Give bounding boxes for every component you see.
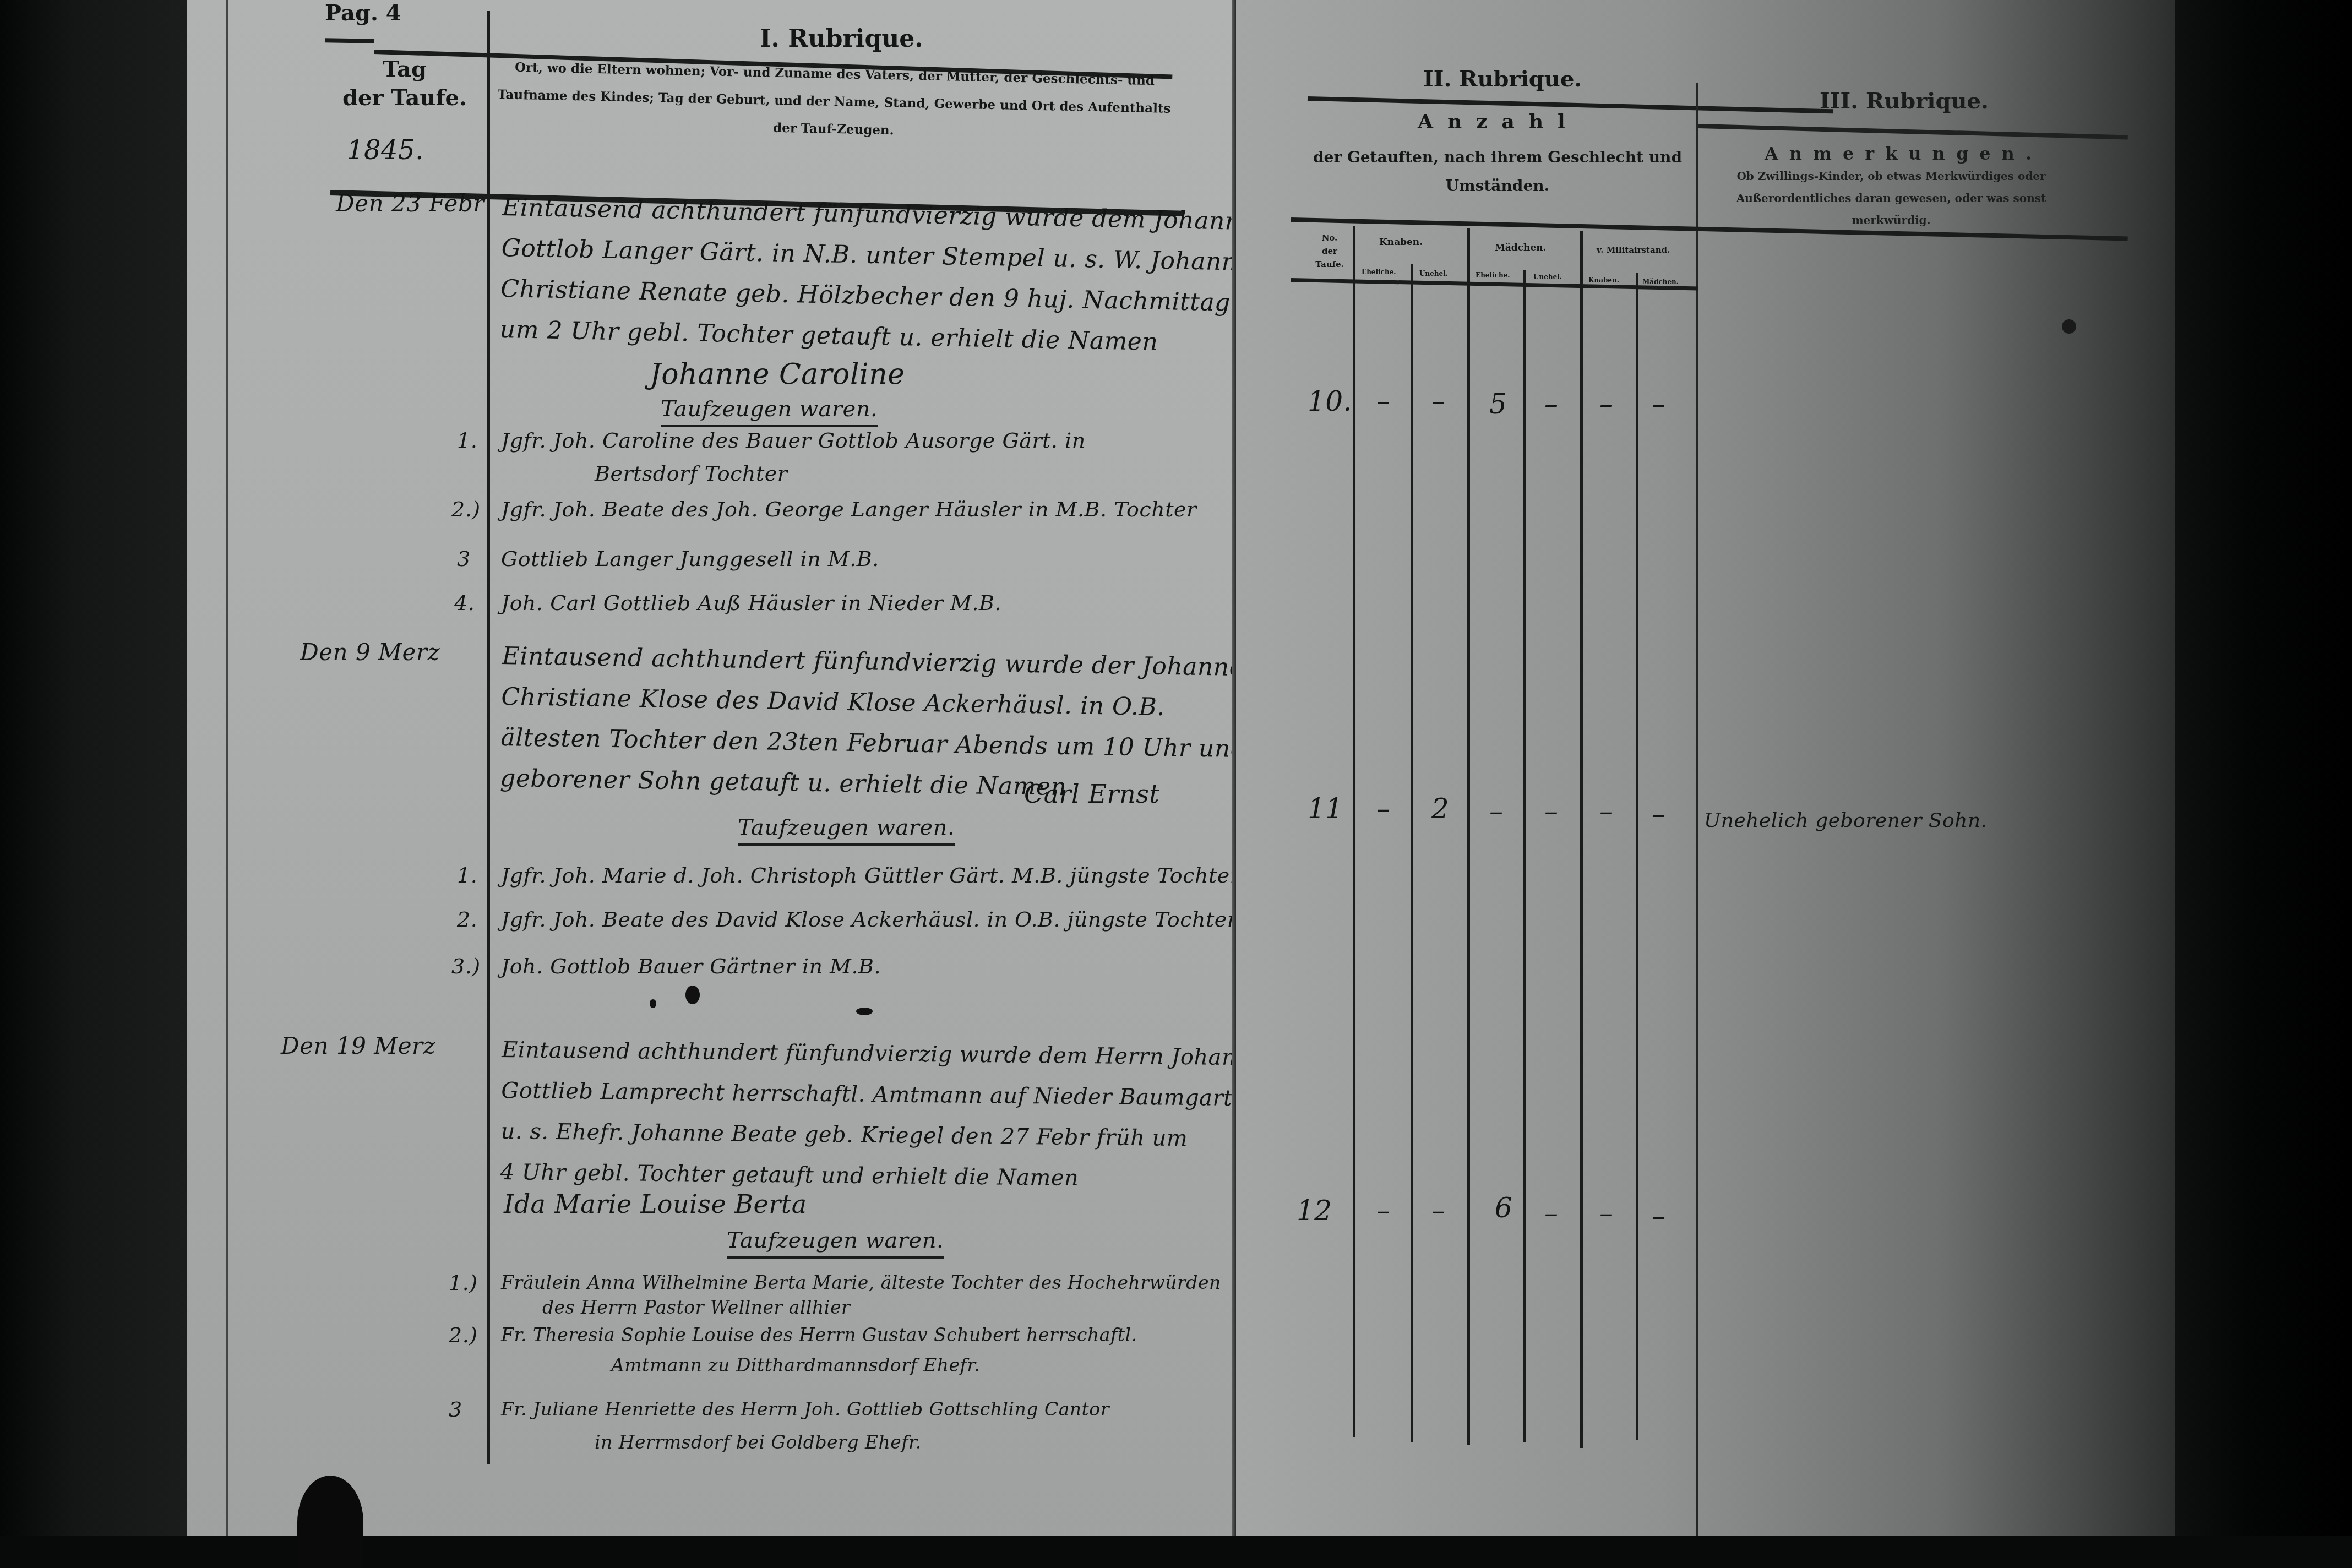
tally-maedchen-ehelich: –: [1489, 796, 1504, 827]
finger-shadow: [297, 1476, 363, 1568]
remark-unehelich: Unehelich geborener Sohn.: [1704, 809, 1988, 832]
tally-knaben-unehel: –: [1431, 385, 1446, 417]
col-no-header: No. der Taufe.: [1308, 231, 1352, 271]
col-militair-header: v. Militairstand.: [1597, 245, 1670, 255]
header-rule: [325, 38, 374, 43]
entry-1-text: Eintausend achthundert fünfundvierzig wu…: [499, 187, 1229, 364]
table-col-rule: [1353, 226, 1355, 1437]
right-page: II. Rubrique. Anzahl der Getauften, nach…: [1236, 0, 2175, 1547]
tally-knaben-ehelich: –: [1376, 385, 1391, 417]
ink-blot: [685, 986, 700, 1004]
col-no-line: Taufe.: [1308, 258, 1352, 271]
witness-text: Jgfr. Joh. Caroline des Bauer Gottlob Au…: [501, 424, 1086, 457]
witness-text: Fr. Theresia Sophie Louise des Herrn Gus…: [501, 1319, 1137, 1352]
tally-militair-knaben: –: [1599, 388, 1614, 420]
scan-border-left: [0, 0, 187, 1568]
entry-3-witnesses-heading: Taufzeugen waren.: [727, 1228, 944, 1259]
witness-text: Jgfr. Joh. Beate des Joh. George Langer …: [501, 493, 1197, 526]
subcol-header: Unehel.: [1533, 273, 1562, 281]
witness-number: 1.: [457, 424, 477, 457]
witness-number: 2.): [449, 1319, 478, 1352]
table-col-rule: [1467, 228, 1470, 1445]
ink-blot: [650, 999, 656, 1008]
subcol-header: Eheliche.: [1476, 271, 1510, 279]
rubric-3-rule: [1698, 124, 2128, 139]
register-year: 1845.: [347, 135, 424, 166]
entry-text-line: u. s. Ehefr. Johanne Beate geb. Kriegel …: [500, 1111, 1228, 1159]
tally-maedchen-unehel: –: [1544, 1197, 1559, 1229]
witness-text: Amtmann zu Ditthardmannsdorf Ehefr.: [611, 1349, 980, 1382]
witness-text: in Herrmsdorf bei Goldberg Ehefr.: [595, 1426, 922, 1459]
tally-knaben-ehelich: –: [1376, 793, 1391, 825]
tally-knaben-ehelich: –: [1376, 1195, 1391, 1227]
left-page: Pag. 4 I. Rubrique. Tag der Taufe. 1845.…: [187, 0, 1236, 1547]
col-no-line: der: [1308, 244, 1352, 258]
rubric-2-title: II. Rubrique.: [1423, 66, 1582, 92]
witness-text: Fr. Juliane Henriette des Herrn Joh. Got…: [501, 1393, 1109, 1426]
col-no-line: No.: [1308, 231, 1352, 244]
entry-3-text: Eintausend achthundert fünfundvierzig wu…: [500, 1030, 1228, 1200]
subcol-header: Eheliche.: [1362, 268, 1396, 276]
witness-number: 3.): [451, 950, 481, 983]
table-col-rule: [1523, 270, 1526, 1442]
rubric-3-title: III. Rubrique.: [1820, 88, 1989, 114]
rubric-2-subheading: der Getauften, nach ihrem Geschlecht und…: [1308, 143, 1687, 200]
witness-text: Joh. Carl Gottlieb Auß Häusler in Nieder…: [501, 586, 1001, 619]
witness-number: 2.): [451, 493, 481, 526]
col-maedchen-header: Mädchen.: [1495, 242, 1547, 253]
witness-text: Bertsdorf Tochter: [595, 457, 787, 490]
page-label: Pag. 4: [325, 0, 401, 26]
tally-militair-maedchen: –: [1652, 388, 1666, 420]
rubric-1-title: I. Rubrique.: [760, 25, 923, 53]
col-knaben-header: Knaben.: [1379, 237, 1423, 248]
witness-number: 4.: [454, 586, 475, 619]
tally-maedchen-ehelich: 6: [1495, 1192, 1512, 1224]
entry-3-date: Den 19 Merz: [281, 1032, 435, 1059]
entry-text-line: Eintausend achthundert fünfundvierzig wu…: [502, 1030, 1229, 1078]
rubric-2-heading: Anzahl: [1418, 110, 1580, 133]
tally-maedchen-unehel: –: [1544, 388, 1559, 420]
baptism-number: 11: [1308, 793, 1343, 825]
entry-1-date: Den 23 Febr: [336, 190, 484, 217]
entry-text-line: Gottlieb Lamprecht herrschaftl. Amtmann …: [501, 1070, 1228, 1119]
tally-militair-knaben: –: [1599, 796, 1614, 827]
tally-maedchen-unehel: –: [1544, 796, 1559, 827]
witness-number: 2.: [457, 903, 477, 936]
baptism-number: 10.: [1308, 385, 1352, 417]
witness-text: Jgfr. Joh. Marie d. Joh. Christoph Güttl…: [501, 859, 1245, 892]
date-column-header: Tag der Taufe.: [328, 55, 482, 112]
table-col-rule: [1636, 273, 1638, 1440]
baptism-number: 12: [1297, 1195, 1332, 1227]
entry-2-date: Den 9 Merz: [300, 639, 440, 666]
tally-militair-maedchen: –: [1652, 1200, 1666, 1232]
witness-text: Joh. Gottlob Bauer Gärtner in M.B.: [501, 950, 881, 983]
date-header-line-2: der Taufe.: [328, 84, 482, 112]
rubric-3-heading: Anmerkungen.: [1765, 143, 2043, 164]
tally-maedchen-ehelich: 5: [1489, 388, 1507, 420]
ink-blot: [856, 1008, 873, 1015]
table-col-rule: [1580, 231, 1583, 1448]
date-column-divider: [487, 11, 490, 1464]
witness-text: Gottlieb Langer Junggesell in M.B.: [501, 542, 879, 575]
tally-militair-knaben: –: [1599, 1197, 1614, 1229]
tally-militair-maedchen: –: [1652, 798, 1666, 830]
witness-text: Jgfr. Joh. Beate des David Klose Ackerhä…: [501, 903, 1242, 936]
entry-3-child-name: Ida Marie Louise Berta: [504, 1189, 807, 1219]
subcol-header: Unehel.: [1419, 270, 1448, 277]
entry-2-child-name: Carl Ernst: [1024, 779, 1159, 809]
table-col-rule: [1411, 264, 1413, 1442]
entry-1-witnesses-heading: Taufzeugen waren.: [661, 396, 878, 427]
entry-2-witnesses-heading: Taufzeugen waren.: [738, 815, 955, 846]
witness-number: 1.): [449, 1266, 478, 1299]
entry-1-child-name: Johanne Caroline: [650, 358, 905, 391]
subcol-header: Mädchen.: [1642, 278, 1679, 286]
tally-knaben-unehel: –: [1431, 1195, 1446, 1227]
subcol-header: Knaben.: [1588, 276, 1619, 284]
ink-spot: [2062, 319, 2076, 334]
rubric-3-divider: [1696, 83, 1698, 1547]
witness-number: 1.: [457, 859, 477, 892]
date-header-line-1: Tag: [328, 55, 482, 84]
details-column-header: Ort, wo die Eltern wohnen; Vor- und Zuna…: [495, 53, 1174, 150]
tally-knaben-unehel: 2: [1431, 793, 1449, 825]
rubric-3-subheading: Ob Zwillings-Kinder, ob etwas Merkwürdig…: [1715, 165, 2067, 231]
witness-number: 3: [457, 542, 471, 575]
page-edge-line: [226, 0, 228, 1547]
scan-border-right: [2175, 0, 2352, 1568]
witness-number: 3: [449, 1393, 462, 1426]
